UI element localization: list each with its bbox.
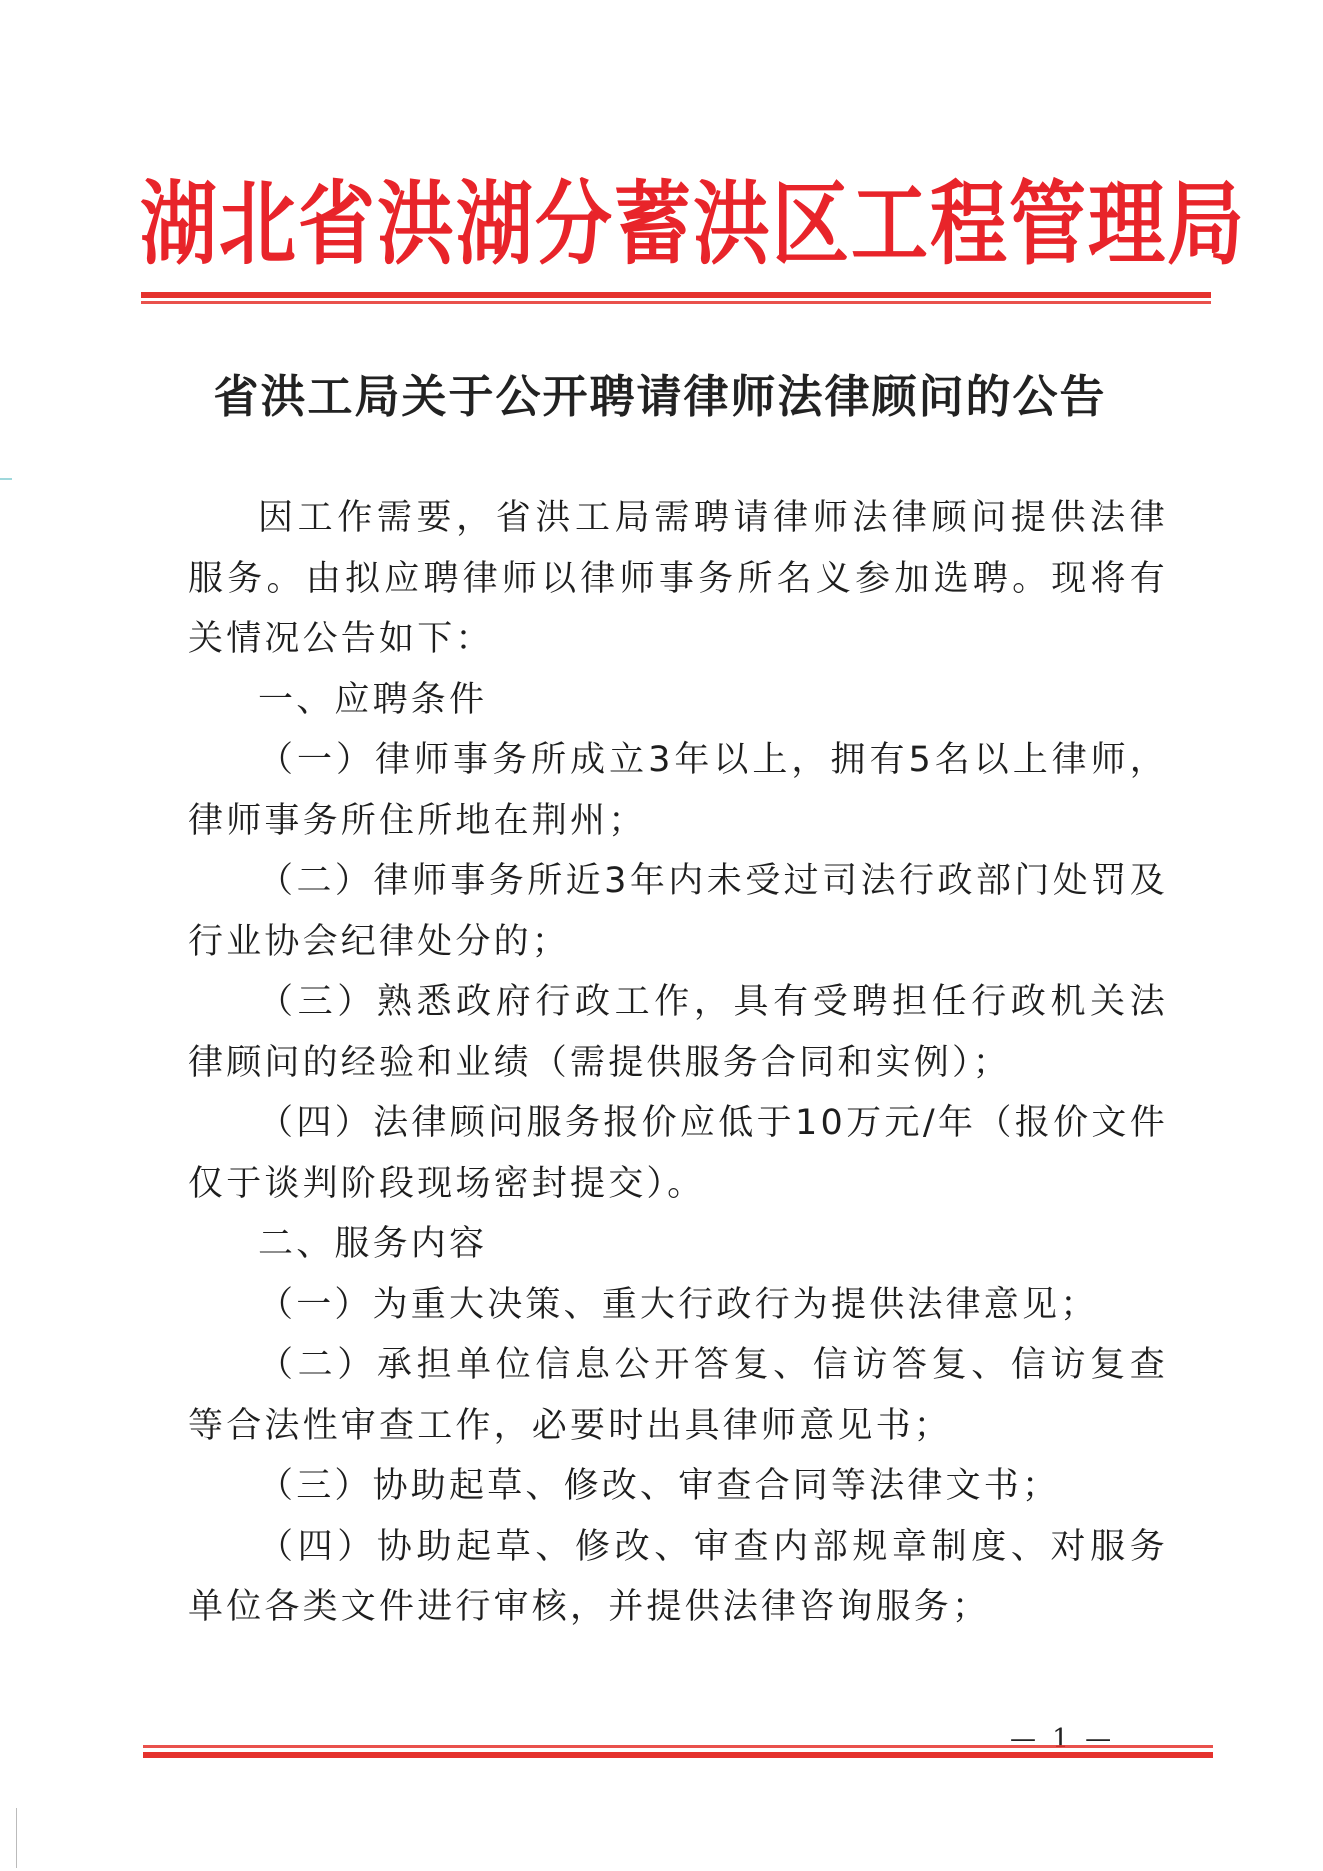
organization-masthead: 湖北省洪湖分蓄洪区工程管理局 — [140, 154, 1220, 296]
masthead-divider-thin — [141, 301, 1211, 304]
requirement-item: （二）律师事务所近3年内未受过司法行政部门处罚及行业协会纪律处分的； — [188, 851, 1168, 972]
section-heading-requirements: 一、应聘条件 — [188, 670, 1168, 731]
scan-artifact-mark — [16, 1808, 17, 1868]
scan-artifact-mark — [0, 478, 12, 480]
section-heading-services: 二、服务内容 — [188, 1214, 1168, 1275]
document-body: 因工作需要，省洪工局需聘请律师法律顾问提供法律服务。由拟应聘律师以律师事务所名义… — [188, 488, 1168, 1638]
requirement-item: （三）熟悉政府行政工作，具有受聘担任行政机关法律顾问的经验和业绩（需提供服务合同… — [188, 972, 1168, 1093]
requirement-item: （一）律师事务所成立3年以上，拥有5名以上律师，律师事务所住所地在荆州； — [188, 730, 1168, 851]
service-item: （三）协助起草、修改、审查合同等法律文书； — [188, 1456, 1168, 1517]
page-number: — 1 — — [1010, 1724, 1115, 1754]
service-item: （四）协助起草、修改、审查内部规章制度、对服务单位各类文件进行审核，并提供法律咨… — [188, 1517, 1168, 1638]
requirement-item: （四）法律顾问服务报价应低于10万元/年（报价文件仅于谈判阶段现场密封提交）。 — [188, 1093, 1168, 1214]
footer-divider-thick — [143, 1752, 1213, 1758]
footer-divider-thin — [143, 1745, 1213, 1748]
masthead-divider-thick — [141, 292, 1211, 298]
document-page: 湖北省洪湖分蓄洪区工程管理局 省洪工局关于公开聘请律师法律顾问的公告 因工作需要… — [0, 0, 1323, 1871]
document-title: 省洪工局关于公开聘请律师法律顾问的公告 — [180, 360, 1140, 425]
service-item: （一）为重大决策、重大行政行为提供法律意见； — [188, 1275, 1168, 1336]
service-item: （二）承担单位信息公开答复、信访答复、信访复查等合法性审查工作，必要时出具律师意… — [188, 1335, 1168, 1456]
intro-paragraph: 因工作需要，省洪工局需聘请律师法律顾问提供法律服务。由拟应聘律师以律师事务所名义… — [188, 488, 1168, 670]
